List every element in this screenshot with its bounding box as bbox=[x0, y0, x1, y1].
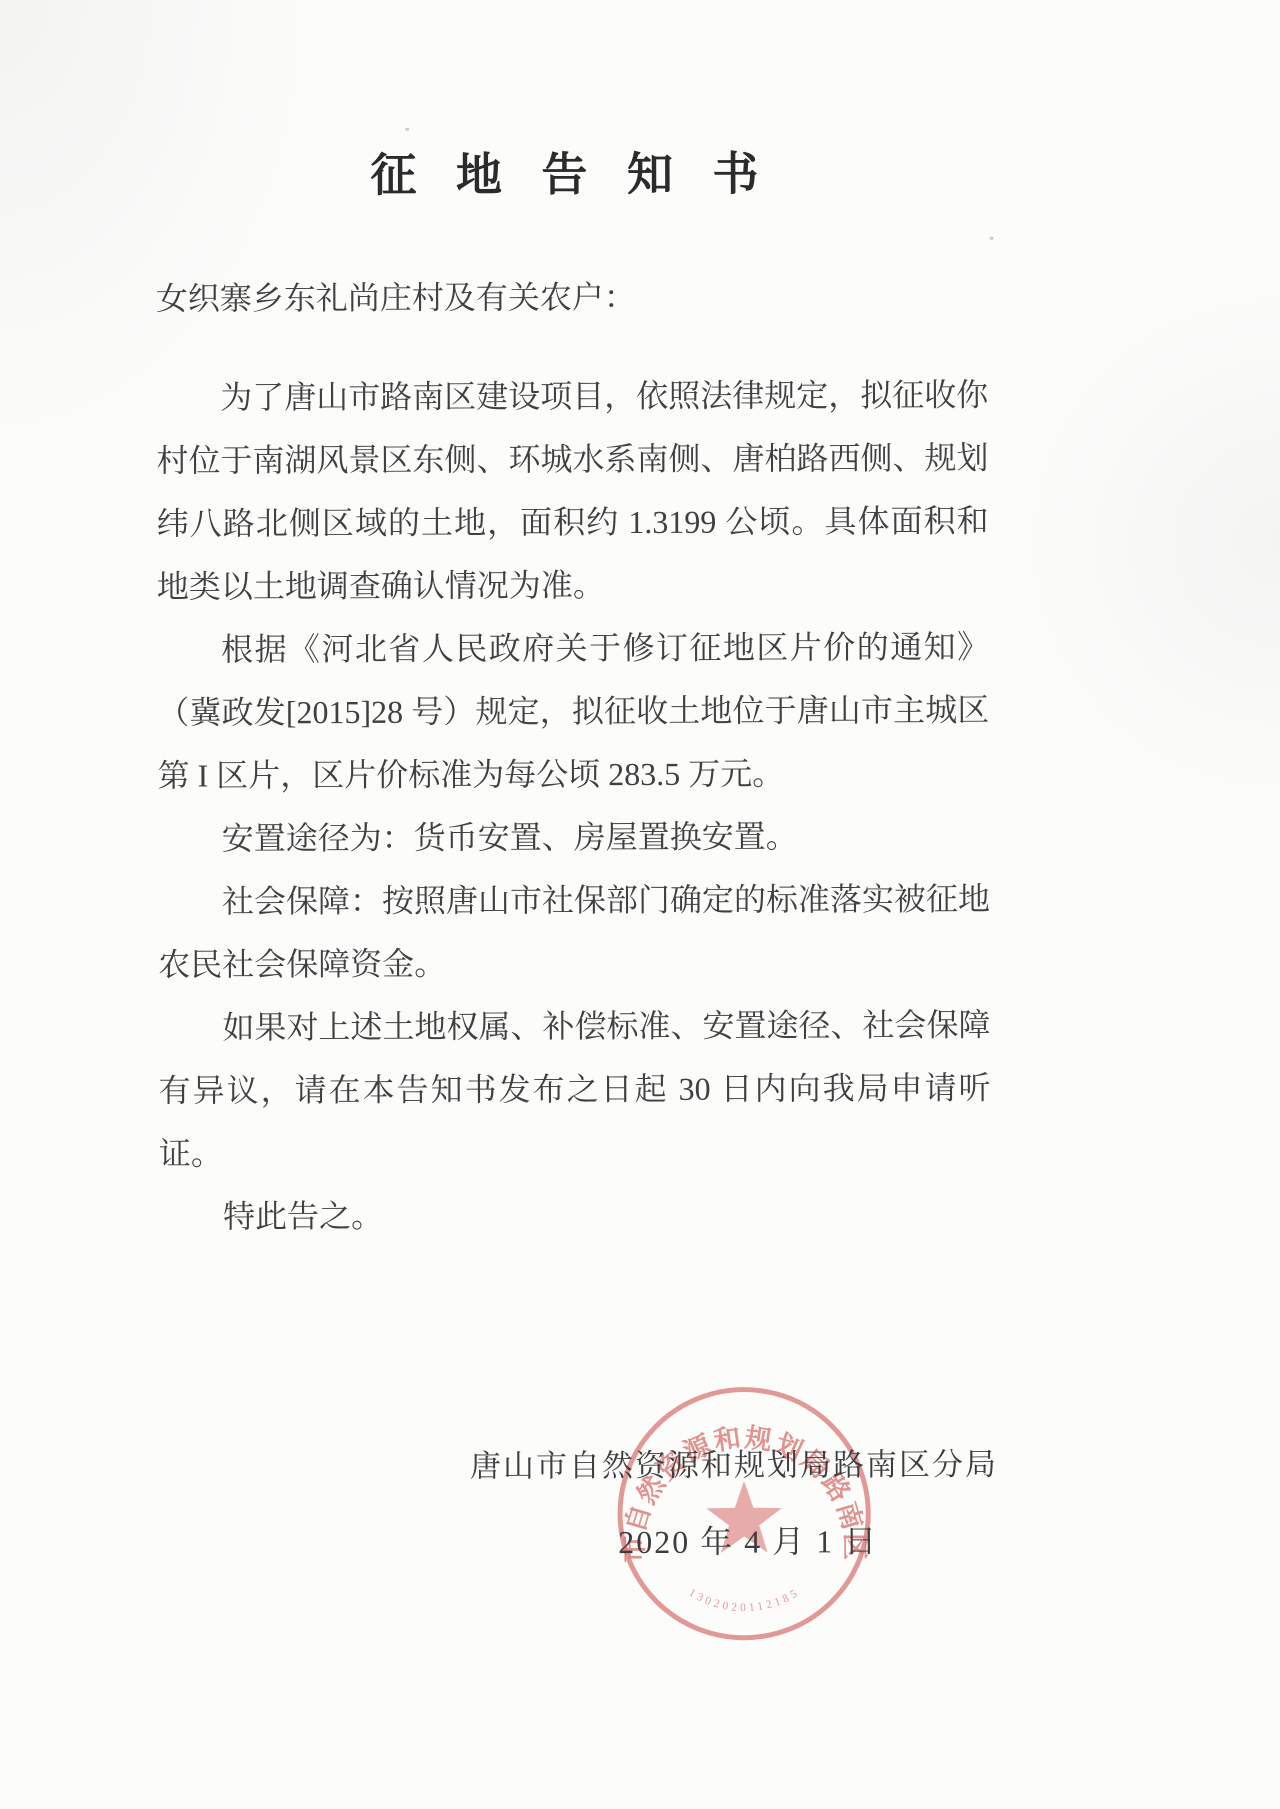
paragraph: 根据《河北省人民政府关于修订征地区片价的通知》（冀政发[2015]28 号）规定… bbox=[157, 616, 990, 808]
closing-block: 唐山市自然资源和规划局路南区分局 2020 年 4 月 1 日 bbox=[470, 1439, 990, 1564]
doc-body: 女织寨乡东礼尚庄村及有关农户： 为了唐山市路南区建设项目，依照法律规定，拟征收你… bbox=[156, 265, 991, 1249]
paragraph: 为了唐山市路南区建设项目，依照法律规定，拟征收你村位于南湖风景区东侧、环城水系南… bbox=[156, 364, 989, 619]
paragraph: 安置途径为：货币安置、房屋置换安置。 bbox=[158, 805, 990, 871]
seal-code-holder: 1302020112185 bbox=[687, 1586, 803, 1614]
seal-code: 1302020112185 bbox=[687, 1586, 803, 1614]
paragraph: 社会保障：按照唐山市社保部门确定的标准落实被征地农民社会保障资金。 bbox=[158, 868, 990, 997]
scanned-notice: 征 地 告 知 书 女织寨乡东礼尚庄村及有关农户： 为了唐山市路南区建设项目，依… bbox=[0, 0, 1280, 1809]
scan-speck bbox=[990, 237, 994, 240]
doc-title: 征 地 告 知 书 bbox=[155, 137, 987, 206]
paragraph: 特此告之。 bbox=[159, 1183, 991, 1249]
document-page: 征 地 告 知 书 女织寨乡东礼尚庄村及有关农户： 为了唐山市路南区建设项目，依… bbox=[0, 0, 1280, 1809]
salutation: 女织寨乡东礼尚庄村及有关农户： bbox=[156, 265, 988, 331]
date-line: 2020 年 4 月 1 日 bbox=[470, 1516, 878, 1563]
paragraph: 如果对上述土地权属、补偿标准、安置途径、社会保障有异议，请在本告知书发布之日起 … bbox=[158, 994, 991, 1186]
signature-line: 唐山市自然资源和规划局路南区分局 bbox=[470, 1439, 990, 1486]
scan-speck bbox=[405, 128, 409, 131]
